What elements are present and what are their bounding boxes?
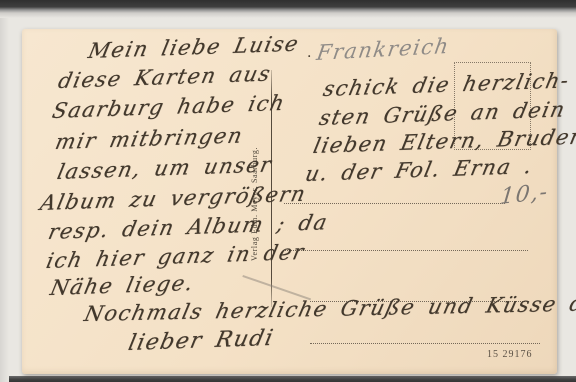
signature-line: lieber Rudi bbox=[126, 326, 276, 356]
scanner-edge-shadow bbox=[0, 18, 9, 382]
address-line-1 bbox=[284, 202, 505, 204]
handwritten-line: Mein liebe Luise bbox=[86, 31, 302, 63]
scanner-band-bottom bbox=[9, 376, 576, 382]
handwritten-line: resp. dein Album ; da bbox=[46, 210, 330, 244]
handwritten-line: ich hier ganz in der bbox=[44, 240, 307, 273]
handwritten-line: schick die herzlich- bbox=[321, 68, 572, 101]
postcard-back: Verlag Edm. Meyer, Saarburg. 15 29176 Me… bbox=[22, 29, 557, 374]
handwritten-line: mir mitbringen bbox=[53, 123, 246, 154]
scanner-band-top bbox=[0, 0, 576, 18]
serial-number: 15 29176 bbox=[487, 349, 533, 360]
price-note: 10,- bbox=[499, 180, 550, 210]
address-line-2 bbox=[283, 249, 528, 251]
handwritten-line: diese Karten aus bbox=[56, 61, 274, 93]
handwritten-line: Nähe liege. bbox=[48, 271, 196, 300]
address-line-4 bbox=[310, 342, 540, 344]
handwritten-line: Album zu vergrößern bbox=[38, 182, 309, 215]
ink-dot: · bbox=[307, 49, 311, 65]
pencil-note: Frankreich bbox=[315, 34, 452, 65]
scanned-postcard-page: Verlag Edm. Meyer, Saarburg. 15 29176 Me… bbox=[0, 0, 576, 382]
handwritten-line: lassen, um unser bbox=[55, 152, 275, 184]
handwritten-line: u. der Fol. Erna . bbox=[303, 154, 535, 186]
handwritten-line: lieben Eltern, Bruder bbox=[311, 124, 576, 158]
handwritten-line: Saarburg habe ich bbox=[50, 91, 288, 123]
pencil-stroke bbox=[243, 275, 312, 300]
